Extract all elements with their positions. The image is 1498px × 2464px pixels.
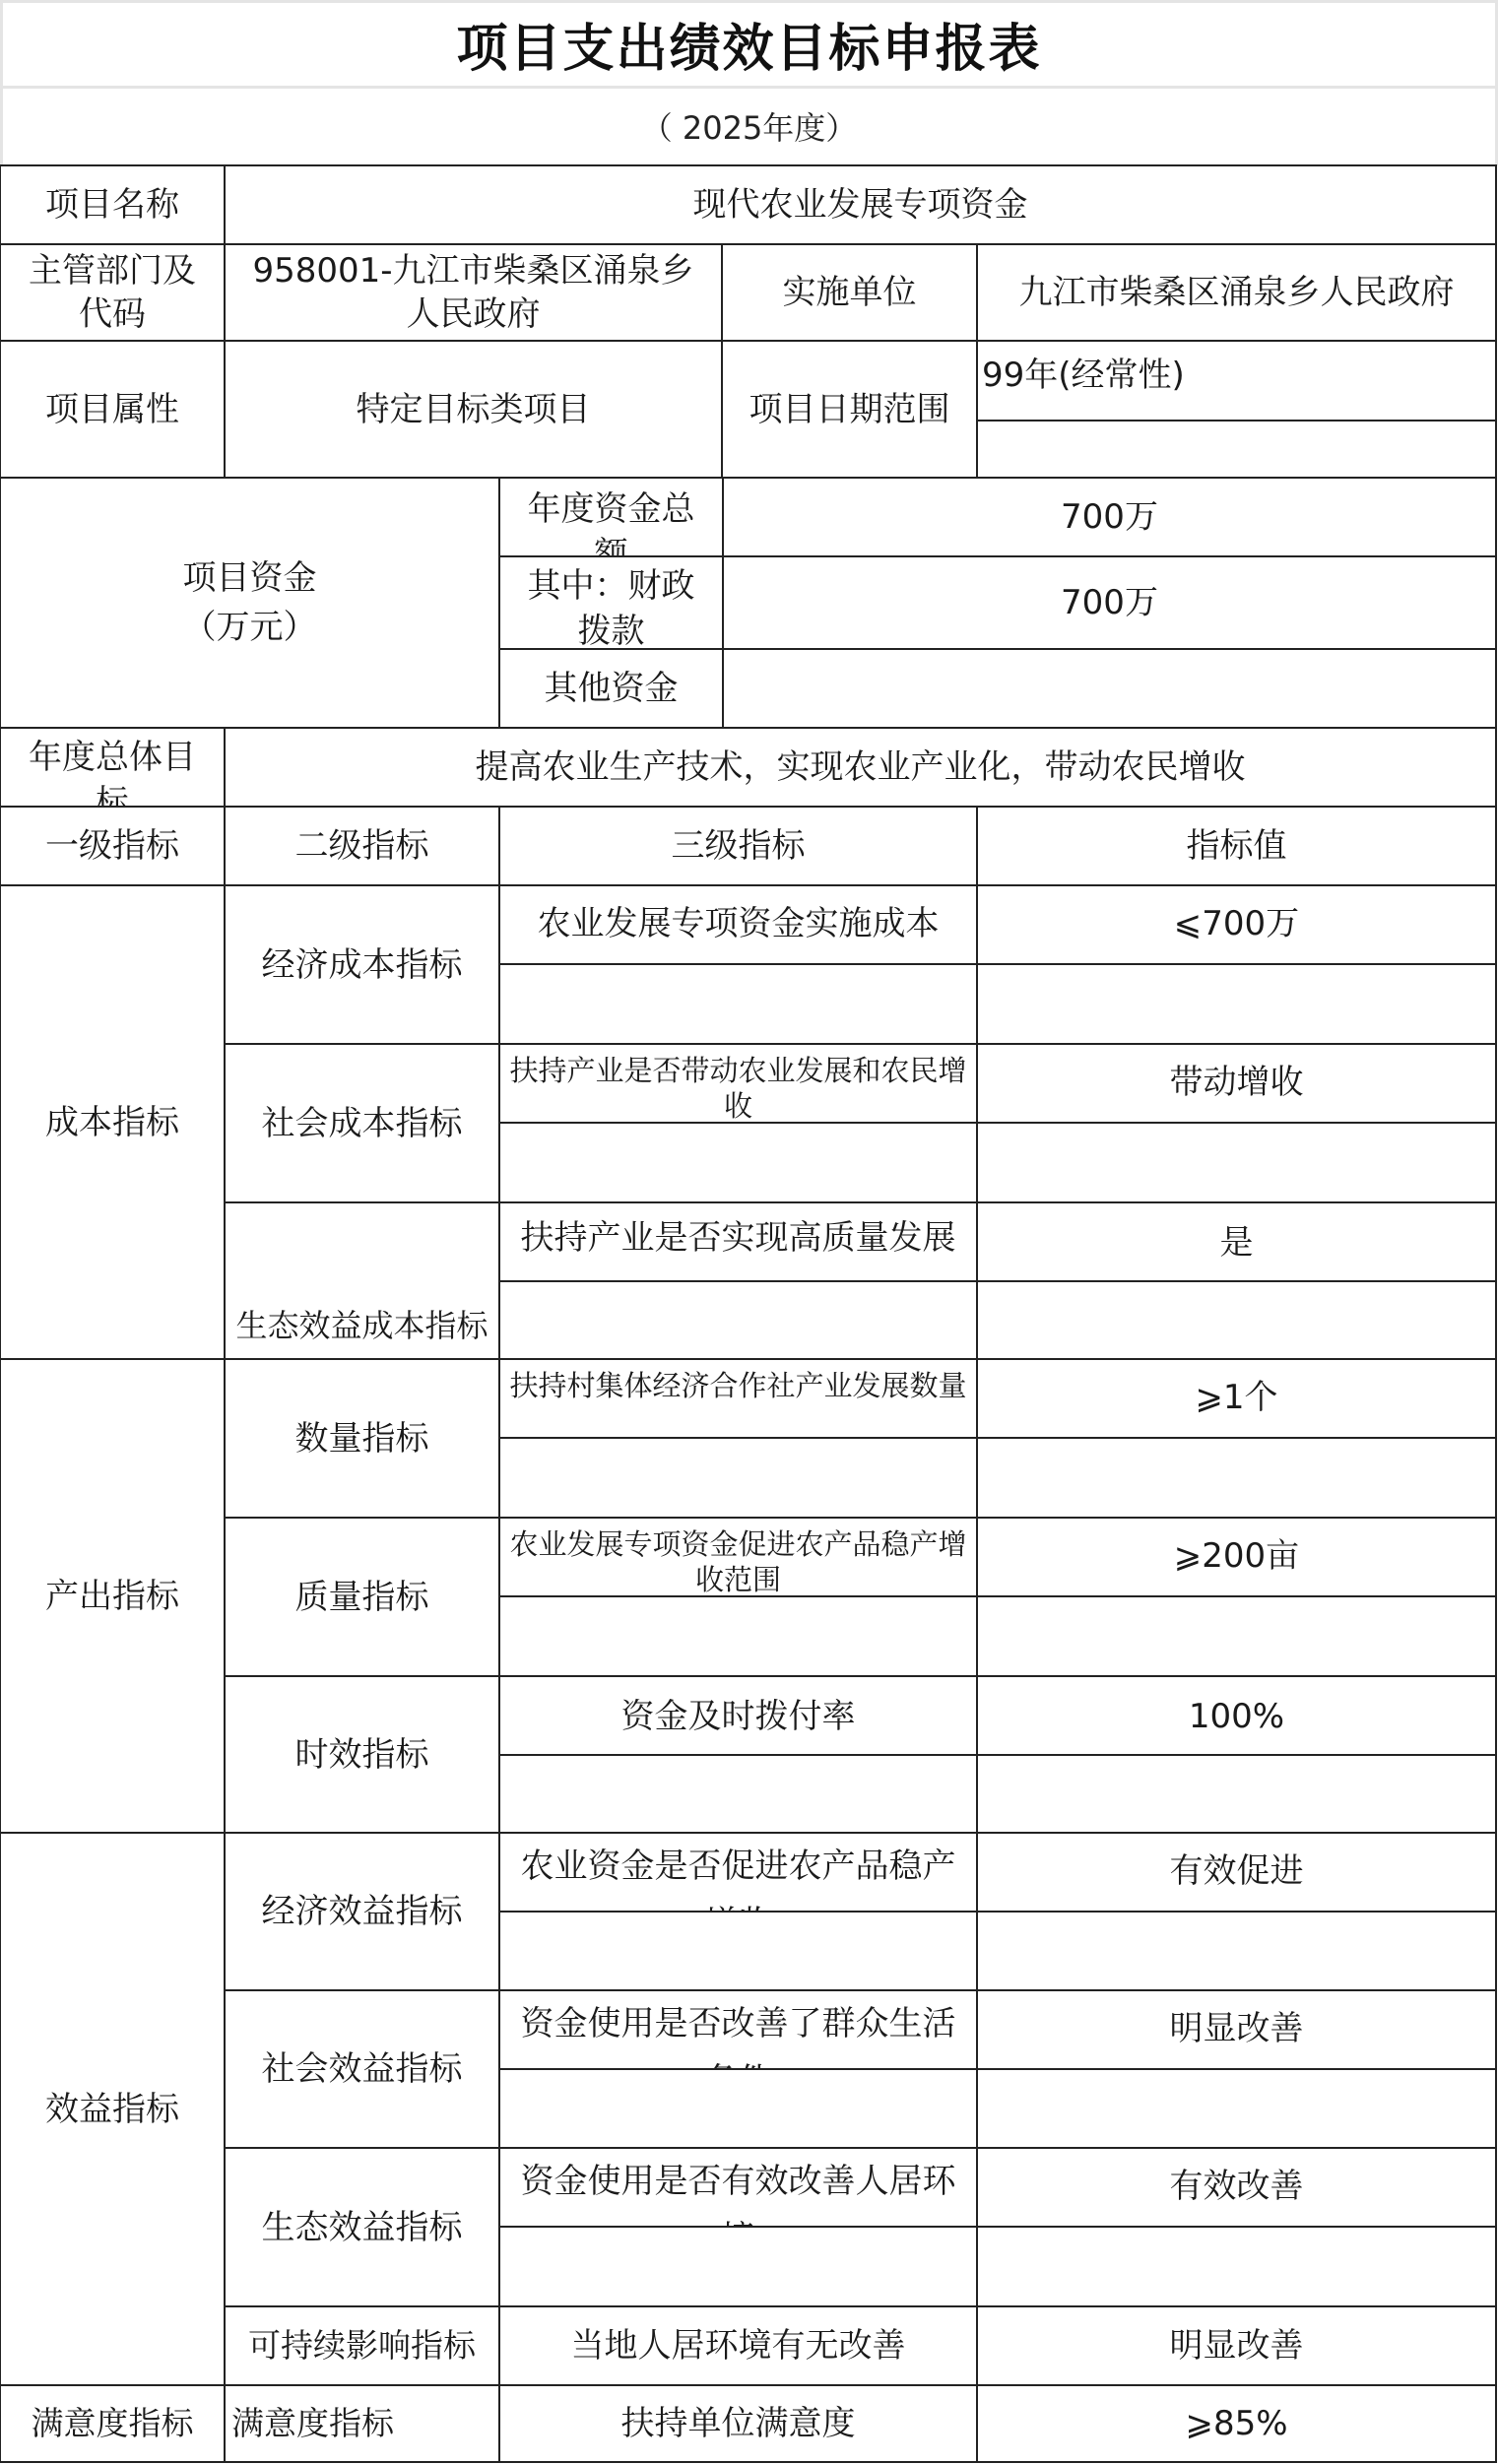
level3-cell[interactable]: 当地人居环境有无改善 — [498, 2305, 978, 2386]
project-attribute-value[interactable]: 特定目标类项目 — [224, 340, 723, 479]
funding-fiscal-label: 其中：财政拨款 — [498, 555, 724, 650]
value-cell[interactable]: 明显改善 — [976, 2305, 1497, 2386]
value-cell[interactable] — [976, 963, 1497, 1045]
level2-satisfaction: 满意度指标 — [224, 2384, 500, 2463]
date-range-value-2[interactable] — [976, 420, 1497, 479]
level3-cell[interactable]: 扶持村集体经济合作社产业发展数量 — [498, 1358, 978, 1439]
level3-cell[interactable]: 农业发展专项资金实施成本 — [498, 884, 978, 965]
value-cell[interactable] — [976, 1911, 1497, 1991]
department-label: 主管部门及代码 — [0, 243, 226, 342]
value-cell[interactable] — [976, 1437, 1497, 1519]
level1-satisfaction: 满意度指标 — [0, 2384, 226, 2463]
project-attribute-label: 项目属性 — [0, 340, 226, 479]
level3-cell[interactable]: 资金及时拨付率 — [498, 1675, 978, 1756]
annual-goal-label: 年度总体目标 — [0, 727, 226, 808]
level3-cell[interactable]: 扶持产业是否实现高质量发展 — [498, 1201, 978, 1282]
value-cell[interactable]: 是 — [976, 1201, 1497, 1282]
level3-cell[interactable] — [498, 2068, 978, 2149]
project-name-label: 项目名称 — [0, 164, 226, 245]
implementing-unit-value[interactable]: 九江市柴桑区涌泉乡人民政府 — [976, 243, 1497, 342]
level3-cell[interactable]: 扶持产业是否带动农业发展和农民增收 — [498, 1043, 978, 1124]
funding-fiscal-value[interactable]: 700万 — [722, 555, 1497, 650]
funding-other-label: 其他资金 — [498, 648, 724, 729]
value-cell[interactable] — [976, 2226, 1497, 2307]
level3-cell[interactable] — [498, 1595, 978, 1677]
funding-other-value[interactable] — [722, 648, 1497, 729]
header-value: 指标值 — [976, 806, 1497, 886]
level2-cost-ecological: 生态效益成本指标 — [224, 1201, 500, 1360]
value-cell[interactable] — [976, 2068, 1497, 2149]
level3-cell[interactable] — [498, 963, 978, 1045]
header-level3: 三级指标 — [498, 806, 978, 886]
value-cell[interactable]: 有效促进 — [976, 1832, 1497, 1913]
level3-cell[interactable] — [498, 1754, 978, 1834]
level1-cost: 成本指标 — [0, 884, 226, 1360]
level2-cost-economic: 经济成本指标 — [224, 884, 500, 1045]
level2-output-quantity: 数量指标 — [224, 1358, 500, 1519]
project-name-value[interactable]: 现代农业发展专项资金 — [224, 164, 1497, 245]
funding-total-label: 年度资金总额 — [498, 477, 724, 557]
level2-cost-social: 社会成本指标 — [224, 1043, 500, 1203]
level3-cell[interactable] — [498, 1911, 978, 1991]
level2-output-timeliness: 时效指标 — [224, 1675, 500, 1834]
value-cell[interactable]: 100% — [976, 1675, 1497, 1756]
level2-benefit-economic: 经济效益指标 — [224, 1832, 500, 1991]
date-range-label: 项目日期范围 — [721, 340, 978, 479]
value-cell[interactable] — [976, 1595, 1497, 1677]
level3-cell[interactable] — [498, 1122, 978, 1203]
level3-cell[interactable] — [498, 2226, 978, 2307]
date-range-value[interactable]: 99年(经常性) — [976, 340, 1497, 421]
implementing-unit-label: 实施单位 — [721, 243, 978, 342]
value-cell[interactable]: 明显改善 — [976, 1989, 1497, 2070]
page-title: 项目支出绩效目标申报表 — [0, 0, 1498, 87]
value-cell[interactable]: 有效改善 — [976, 2147, 1497, 2228]
header-level2: 二级指标 — [224, 806, 500, 886]
level3-cell[interactable]: 资金使用是否改善了群众生活条件 — [498, 1989, 978, 2070]
project-funding-label: 项目资金（万元） — [0, 477, 500, 729]
level3-cell[interactable]: 农业资金是否促进农产品稳产增收 — [498, 1832, 978, 1913]
value-cell[interactable] — [976, 1122, 1497, 1203]
level1-output: 产出指标 — [0, 1358, 226, 1834]
level2-benefit-social: 社会效益指标 — [224, 1989, 500, 2149]
fiscal-year-subtitle: （ 2025年度） — [0, 87, 1498, 165]
level3-cell[interactable]: 扶持单位满意度 — [498, 2384, 978, 2463]
project-funding-label-text: 项目资金（万元） — [159, 553, 341, 652]
value-cell[interactable]: 带动增收 — [976, 1043, 1497, 1124]
level2-benefit-ecological: 生态效益指标 — [224, 2147, 500, 2307]
value-cell[interactable] — [976, 1754, 1497, 1834]
value-cell[interactable]: ⩾85% — [976, 2384, 1497, 2463]
level3-cell[interactable]: 农业发展专项资金促进农产品稳产增收范围 — [498, 1517, 978, 1597]
value-cell[interactable]: ⩽700万 — [976, 884, 1497, 965]
value-cell[interactable]: ⩾200亩 — [976, 1517, 1497, 1597]
level2-benefit-sustainability: 可持续影响指标 — [224, 2305, 500, 2386]
level2-output-quality: 质量指标 — [224, 1517, 500, 1677]
annual-goal-value[interactable]: 提高农业生产技术，实现农业产业化，带动农民增收 — [224, 727, 1497, 808]
level3-cell[interactable]: 资金使用是否有效改善人居环境 — [498, 2147, 978, 2228]
level3-cell[interactable] — [498, 1437, 978, 1519]
value-cell[interactable] — [976, 1280, 1497, 1360]
department-value[interactable]: 958001-九江市柴桑区涌泉乡人民政府 — [224, 243, 723, 342]
level1-benefit: 效益指标 — [0, 1832, 226, 2386]
funding-total-value[interactable]: 700万 — [722, 477, 1497, 557]
header-level1: 一级指标 — [0, 806, 226, 886]
value-cell[interactable]: ⩾1个 — [976, 1358, 1497, 1439]
level3-cell[interactable] — [498, 1280, 978, 1360]
